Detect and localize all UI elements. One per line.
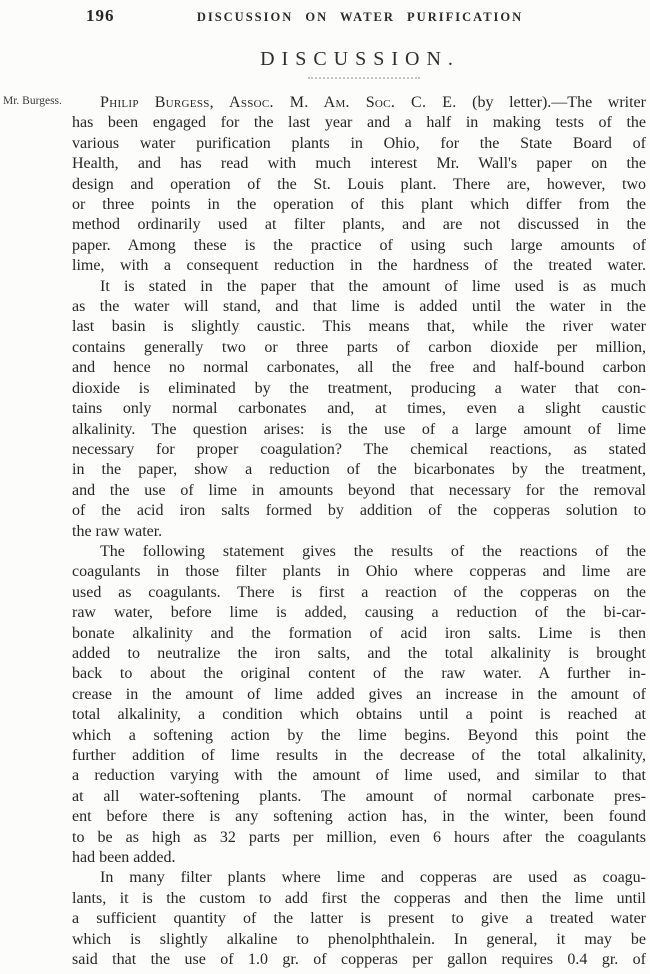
text-line: bonate alkalinity and the formation of a… <box>72 624 646 644</box>
text-line: total alkalinity, a condition which obta… <box>72 705 646 725</box>
text-line: last basin is slightly caustic. This mea… <box>72 317 646 337</box>
body-paragraphs: Philip Burgess, Assoc. M. Am. Soc. C. E.… <box>72 93 646 970</box>
line-text: (by letter).—The writer <box>457 94 646 111</box>
text-line: or three points in the operation of this… <box>72 195 646 215</box>
text-line: had been added. <box>72 848 646 868</box>
section-title: DISCUSSION. <box>72 48 648 71</box>
text-line: ent before there is any softening action… <box>72 807 646 827</box>
text-line: alkalinity. The question arises: is the … <box>72 420 646 440</box>
text-line: in the paper, show a reduction of the bi… <box>72 460 646 480</box>
text-line: Philip Burgess, Assoc. M. Am. Soc. C. E.… <box>72 93 646 113</box>
paragraph: The following statement gives the result… <box>72 542 646 869</box>
text-line: a sufficient quantity of the latter is p… <box>72 909 646 929</box>
text-line: paper. Among these is the practice of us… <box>72 236 646 256</box>
text-line: raw water, before lime is added, causing… <box>72 603 646 623</box>
text-line: and the use of lime in amounts beyond th… <box>72 481 646 501</box>
text-line: a reduction varying with the amount of l… <box>72 766 646 786</box>
page-number: 196 <box>86 6 115 26</box>
text-line: lime, with a consequent reduction in the… <box>72 256 646 276</box>
text-line: which is slightly alkaline to phenolphth… <box>72 930 646 950</box>
paragraph: It is stated in the paper that the amoun… <box>72 277 646 542</box>
text-line: It is stated in the paper that the amoun… <box>72 277 646 297</box>
paragraph: In many filter plants where lime and cop… <box>72 868 646 970</box>
text-line: design and operation of the St. Louis pl… <box>72 175 646 195</box>
text-line: In many filter plants where lime and cop… <box>72 868 646 888</box>
text-line: has been engaged for the last year and a… <box>72 113 646 133</box>
text-line: crease in the amount of lime added gives… <box>72 685 646 705</box>
text-line: used as coagulants. There is first a rea… <box>72 583 646 603</box>
paragraph: Philip Burgess, Assoc. M. Am. Soc. C. E.… <box>72 93 646 277</box>
speaker-name: Philip Burgess, Assoc. M. Am. Soc. C. E. <box>100 94 457 111</box>
text-line: back to about the original content of th… <box>72 664 646 684</box>
text-line: The following statement gives the result… <box>72 542 646 562</box>
text-line: dioxide is eliminated by the treatment, … <box>72 379 646 399</box>
text-line: method ordinarily used at filter plants,… <box>72 215 646 235</box>
text-line: to be as high as 32 parts per million, e… <box>72 828 646 848</box>
text-line: Health, and has read with much interest … <box>72 154 646 174</box>
text-line: necessary for proper coagulation? The ch… <box>72 440 646 460</box>
running-header: DISCUSSION ON WATER PURIFICATION <box>180 10 540 25</box>
text-line: and hence no normal carbonates, all the … <box>72 358 646 378</box>
text-line: contains generally two or three parts of… <box>72 338 646 358</box>
text-line: coagulants in those filter plants in Ohi… <box>72 562 646 582</box>
text-line: further addition of lime results in the … <box>72 746 646 766</box>
title-rule-divider <box>308 77 420 79</box>
margin-note: Mr. Burgess. <box>3 95 62 107</box>
text-line: of the acid iron salts formed by additio… <box>72 501 646 521</box>
text-line: at all water-softening plants. The amoun… <box>72 787 646 807</box>
text-line: various water purification plants in Ohi… <box>72 134 646 154</box>
text-line: the raw water. <box>72 522 646 542</box>
text-line: added to neutralize the iron salts, and … <box>72 644 646 664</box>
text-line: lants, it is the custom to add first the… <box>72 889 646 909</box>
text-line: said that the use of 1.0 gr. of copperas… <box>72 950 646 970</box>
text-line: as the water will stand, and that lime i… <box>72 297 646 317</box>
scanned-book-page: 196 DISCUSSION ON WATER PURIFICATION DIS… <box>0 0 650 974</box>
text-line: which a softening action by the lime beg… <box>72 726 646 746</box>
text-line: tains only normal carbonates and, at tim… <box>72 399 646 419</box>
